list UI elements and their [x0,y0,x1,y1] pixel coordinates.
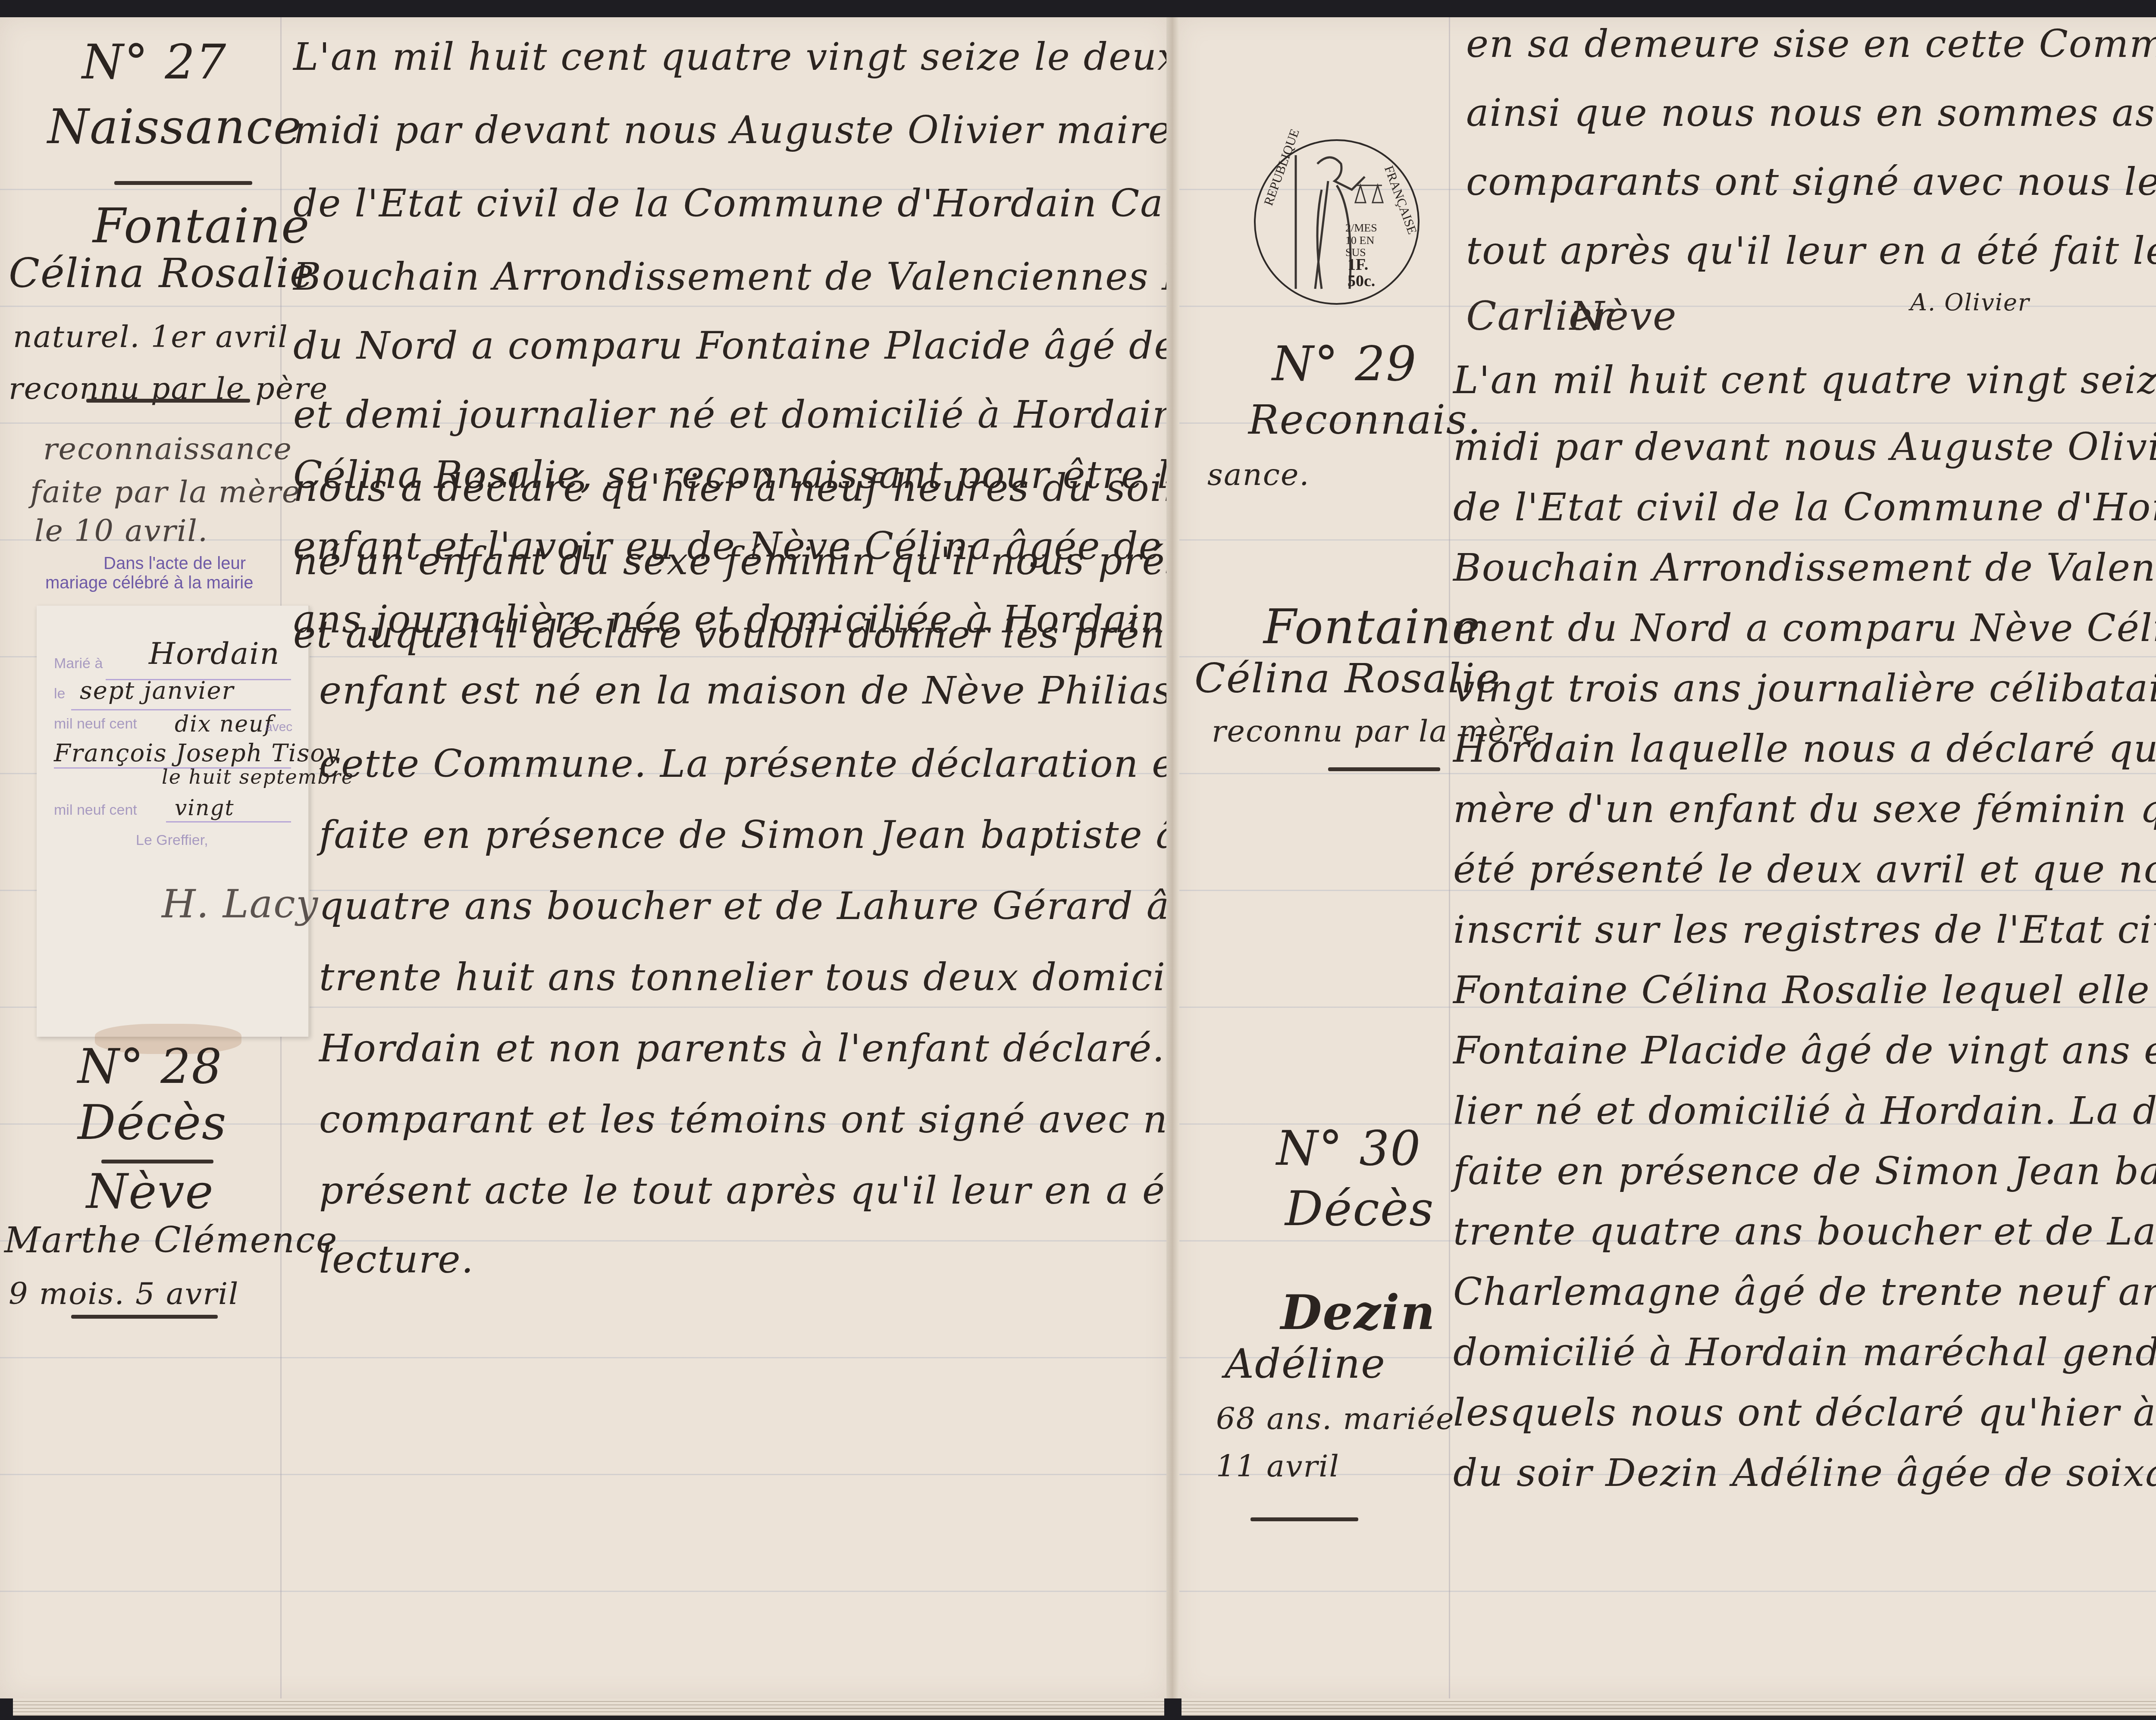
act-29-surname: Fontaine [1263,599,1481,654]
margin-divider [1328,767,1440,771]
text-line: Hordain et non parents à l'enfant déclar… [319,1026,1228,1070]
margin-rule [1449,17,1450,1698]
text-line: comparant et les témoins ont signé avec … [319,1097,1287,1141]
act-30-margin-note: 68 ans. mariée [1216,1401,1454,1436]
margin-divider [101,1160,213,1163]
margin-divider [71,1315,218,1319]
stamp-surtax: 2/MES 10 EN SUS [1345,222,1384,259]
margin-divider [1250,1517,1358,1521]
text-line: de l'Etat civil de la Commune d'Hordain … [1453,485,2156,529]
marriage-stamp-header: Dans l'acte de leur [103,554,246,573]
clerk-signature: H. Lacy [162,882,319,927]
page-edges-left [13,1698,1164,1716]
recognition-note: faite par la mère [30,474,301,510]
act-30-margin-note: 11 avril [1216,1448,1340,1484]
text-line: du soir Dezin Adéline âgée de soixante h… [1453,1451,2156,1495]
text-line: présent acte le tout après qu'il leur en… [319,1168,1285,1213]
text-line: ainsi que nous nous en sommes assuré. Le… [1466,91,2156,135]
act-27-surname: Fontaine [93,198,310,253]
act-30-given-names: Adéline [1225,1341,1386,1388]
act-27-given-names: Célina Rosalie [9,250,315,297]
year2: vingt [175,795,235,820]
text-line: faite en présence de Simon Jean baptiste… [1453,1149,2156,1193]
act-30-surname: Dezin [1281,1285,1436,1340]
label-married-at: Marié à [54,655,103,672]
act-28-type: Décès [78,1095,227,1150]
text-line: lecture. [319,1237,474,1282]
text-line: ans journalière née et domiciliée à Hord… [293,597,1315,641]
book-spine [1166,17,1179,1698]
page-edges-right [1181,1698,2156,1716]
marriage-year: dix neuf [175,711,273,737]
text-line: inscrit sur les registres de l'Etat civi… [1453,907,2156,952]
text-line: et demi journalier né et domicilié à Hor… [293,392,1313,437]
act-30-number: N° 30 [1276,1121,1421,1176]
fiscal-stamp: REPUBLIQUE FRANÇAISE 2/MES 10 EN SUS 1F.… [1253,138,1421,306]
recognition-note: reconnaissance [43,431,292,466]
text-line: mère d'un enfant du sexe féminin qui nou… [1453,787,2156,831]
text-line: tout après qu'il leur en a été fait lect… [1466,228,2156,273]
mayor-signature: A. Olivier [1910,289,2030,316]
spouse-name: François Joseph Tisoy [54,739,340,767]
marriage-date: sept janvier [80,677,234,705]
text-line: trente quatre ans boucher et de Lahure G… [1453,1209,2156,1254]
act-28-margin-note: 9 mois. 5 avril [9,1276,239,1311]
stamp-value: 1F. 50c. [1347,256,1382,289]
act-28-number: N° 28 [78,1039,222,1094]
text-line: Fontaine Placide âgé de vingt ans et dem… [1453,1028,2156,1073]
margin-divider [86,399,250,403]
act-28-given-names: Marthe Clémence [4,1220,338,1261]
label-clerk: Le Greffier, [136,832,208,849]
text-line: vingt trois ans journalière célibataire … [1453,666,2156,710]
text-line: quatre ans boucher et de Lahure Gérard â… [319,884,1280,928]
slip-line [166,821,291,822]
text-line: trente huit ans tonnelier tous deux domi… [319,955,1272,999]
act-27-margin-note: naturel. 1er avril [13,319,288,354]
recognition-note: le 10 avril. [34,513,208,548]
text-line: Hordain laquelle nous a déclaré qu'elle … [1453,726,2156,771]
text-line: Fontaine Célina Rosalie lequel elle a eu… [1453,968,2156,1012]
text-line: Charlemagne âgé de trente neuf ans né et [1453,1270,2156,1314]
label-year: mil neuf cent [54,716,137,732]
act-29-type: Reconnais. [1248,397,1482,444]
text-line: midi par devant nous Auguste Olivier mai… [1453,425,2156,469]
signature: Nève [1570,293,1677,339]
marriage-place: Hordain [149,636,280,671]
text-line: été présenté le deux avril et que nous a… [1453,847,2156,891]
text-line: Bouchain Arrondissement de Valenciennes … [1453,545,2156,590]
marriage-note-slip: Marié à Hordain le sept janvier mil neuf… [37,606,310,1037]
text-line: L'an mil huit cent quatre vingt seize le… [293,34,1319,79]
act-29-number: N° 29 [1272,336,1417,391]
text-line: L'an mil huit cent quatre vingt seize le… [1453,358,2156,402]
act-30-type: Décès [1285,1181,1434,1236]
act-28-surname: Nève [86,1164,214,1219]
text-line: de l'Etat civil de la Commune d'Hordain … [293,181,1316,225]
act-29-type-cont: sance. [1207,457,1310,492]
marriage-stamp-header: mariage célébré à la mairie [45,573,253,593]
label-year2: mil neuf cent [54,802,137,819]
text-line: lier né et domicilié à Hordain. La dite … [1453,1088,2156,1133]
margin-divider [114,181,252,185]
text-line: en sa demeure sise en cette Commune [1466,22,2156,66]
act-27-number: N° 27 [82,34,227,90]
label-with: avec [265,720,292,735]
slip-line [71,709,291,710]
text-line: ment du Nord a comparu Nève Célina âgée … [1453,606,2156,650]
text-line: comparants ont signé avec nous le présen… [1466,159,2156,204]
text-line: domicilié à Hordain maréchal gendre à la… [1453,1330,2156,1374]
text-line: lesquels nous ont déclaré qu'hier à une … [1453,1390,2156,1435]
act-27-type: Naissance [47,99,302,154]
label-on: le [54,685,65,702]
left-page: N° 27 Naissance Fontaine Célina Rosalie … [0,17,1170,1698]
